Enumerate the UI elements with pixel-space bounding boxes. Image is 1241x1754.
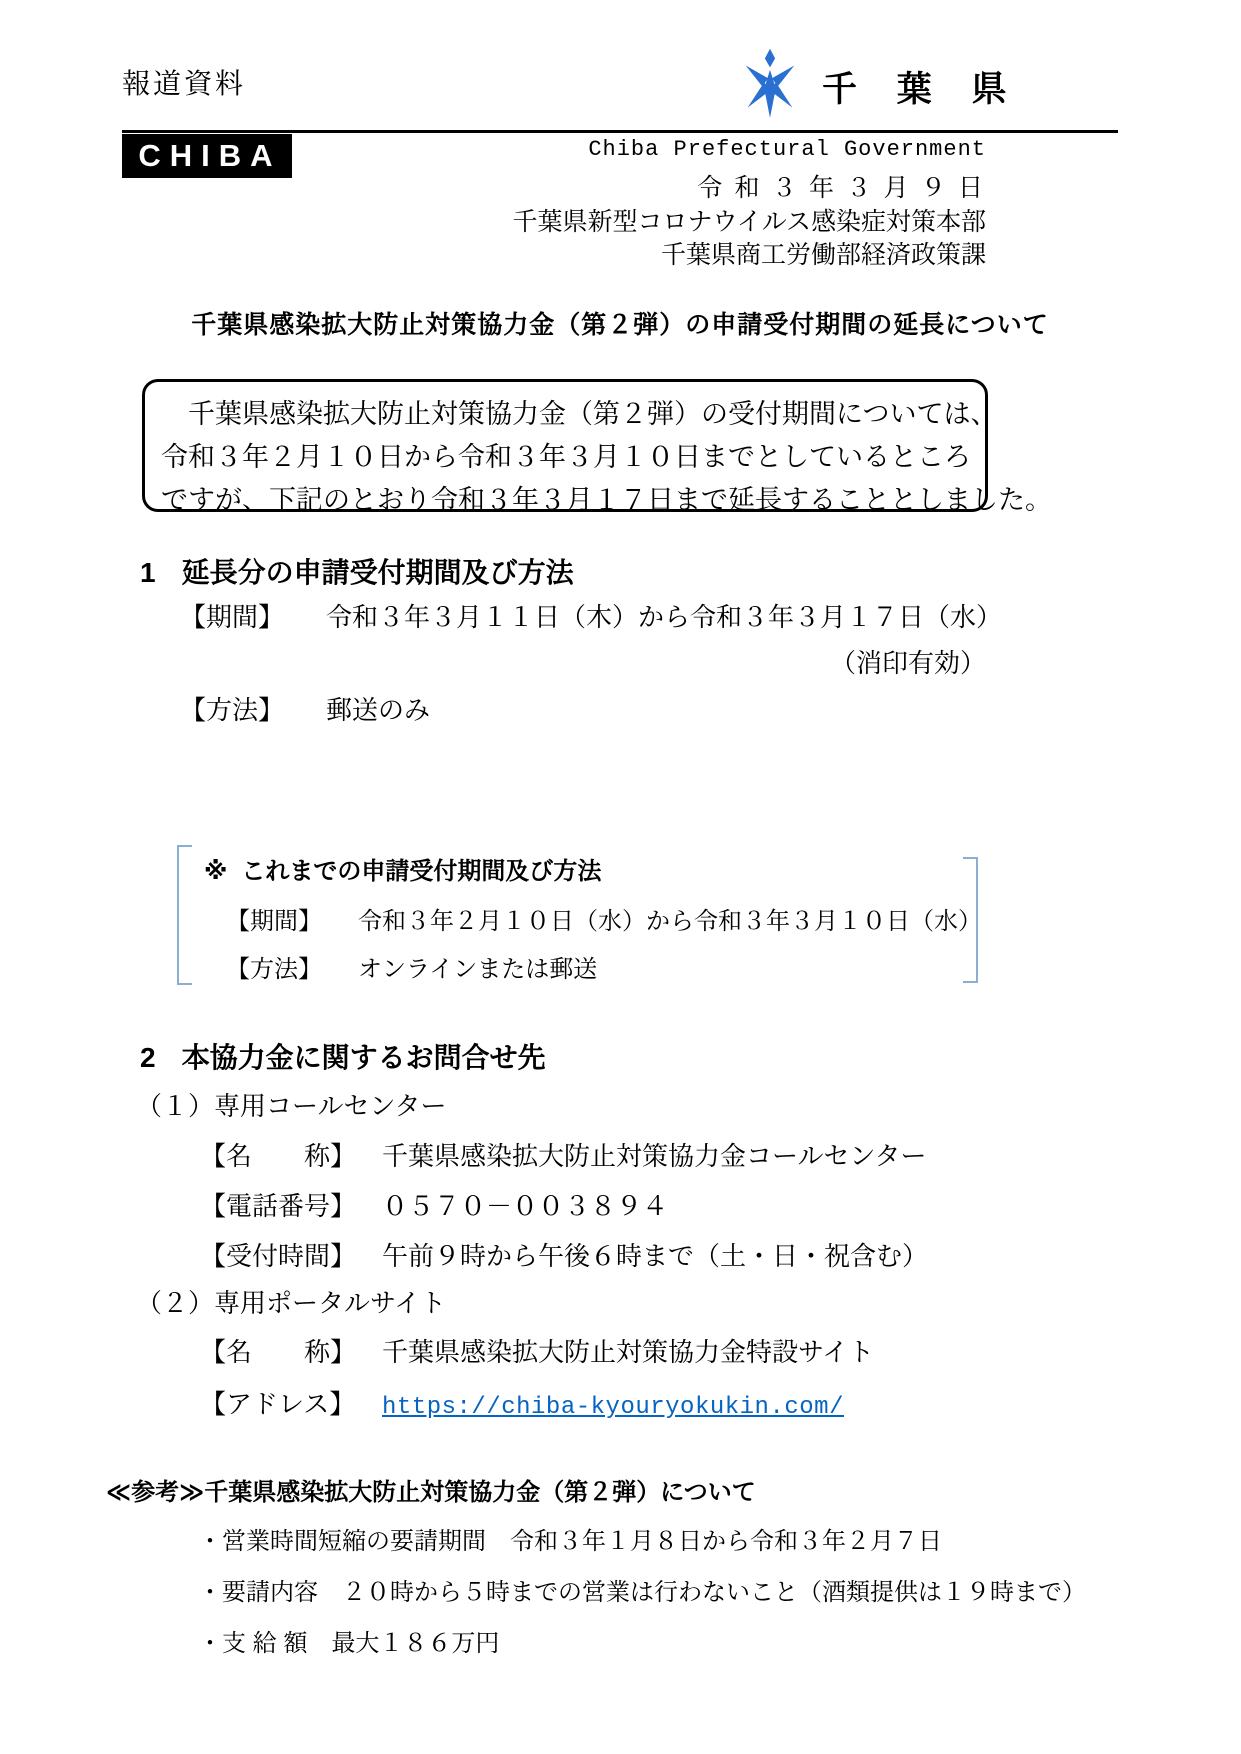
press-release-page: 報道資料 CHIBA 千 葉 県 Chiba Prefectural Gover… <box>0 0 1241 1754</box>
postmark-note: （消印有効） <box>830 643 986 680</box>
period-value: 令和３年３月１１日（木）から令和３年３月１７日（水） <box>326 603 1002 632</box>
section2-heading: 2本協力金に関するお問合せ先 <box>140 1036 546 1076</box>
field-value: 千葉県感染拡大防止対策協力金特設サイト <box>382 1338 874 1367</box>
period-value: 令和３年２月１０日（水）から令和３年３月１０日（水） <box>358 909 982 935</box>
field-value: 午前９時から午後６時まで（土・日・祝含む） <box>382 1242 928 1271</box>
press-material-label: 報道資料 <box>122 62 246 102</box>
previous-note-heading: ※これまでの申請受付期間及び方法 <box>204 851 601 886</box>
field-label: 【名 称】 <box>200 1332 358 1369</box>
summary-line: ですが、下記のとおり令和３年３月１７日まで延長することとしました。 <box>161 479 969 522</box>
phone-number: ０５７０－００３８９４ <box>382 1192 668 1221</box>
summary-line: 令和３年２月１０日から令和３年３月１０日までとしているところ <box>161 436 969 479</box>
chiba-logo: CHIBA <box>122 134 292 178</box>
header-divider-rule <box>122 130 1118 133</box>
section1-number: 1 <box>140 557 156 589</box>
issuing-org-line2: 千葉県商工労働部経済政策課 <box>661 235 986 271</box>
section1-heading: 1延長分の申請受付期間及び方法 <box>140 551 574 591</box>
field-label: 【名 称】 <box>200 1136 358 1173</box>
reference-heading: ≪参考≫千葉県感染拡大防止対策協力金（第２弾）について <box>106 1472 756 1507</box>
call-center-subheading: （１）専用コールセンター <box>136 1086 446 1123</box>
extended-method-row: 【方法】郵送のみ <box>180 690 430 727</box>
page-title: 千葉県感染拡大防止対策協力金（第２弾）の申請受付期間の延長について <box>122 305 1118 341</box>
period-label: 【期間】 <box>180 603 284 632</box>
portal-site-address-row: 【アドレス】https://chiba-kyouryokukin.com/ <box>200 1384 844 1421</box>
call-center-name-row: 【名 称】千葉県感染拡大防止対策協力金コールセンター <box>200 1136 926 1173</box>
period-label: 【期間】 <box>226 909 322 935</box>
extended-period-row: 【期間】令和３年３月１１日（木）から令和３年３月１７日（水） <box>180 597 1002 634</box>
issue-date: 令 和 ３ 年 ３ 月 ９ 日 <box>697 168 986 204</box>
chiba-prefecture-emblem-icon <box>738 48 802 120</box>
issuing-org-line1: 千葉県新型コロナウイルス感染症対策本部 <box>512 202 986 238</box>
portal-site-name-row: 【名 称】千葉県感染拡大防止対策協力金特設サイト <box>200 1332 874 1369</box>
section2-heading-text: 本協力金に関するお問合せ先 <box>182 1042 546 1073</box>
field-label: 【受付時間】 <box>200 1236 358 1273</box>
reference-bullet-request-content: ・要請内容 ２０時から５時までの営業は行わないこと（酒類提供は１９時まで） <box>198 1572 1086 1607</box>
section1-heading-text: 延長分の申請受付期間及び方法 <box>182 557 574 588</box>
note-left-bracket <box>177 845 192 985</box>
method-label: 【方法】 <box>226 957 322 983</box>
call-center-phone-row: 【電話番号】０５７０－００３８９４ <box>200 1186 668 1223</box>
previous-period-row: 【期間】令和３年２月１０日（水）から令和３年３月１０日（水） <box>226 901 982 936</box>
field-label: 【アドレス】 <box>200 1384 358 1421</box>
call-center-hours-row: 【受付時間】午前９時から午後６時まで（土・日・祝含む） <box>200 1236 928 1273</box>
portal-site-subheading: （２）専用ポータルサイト <box>136 1283 446 1320</box>
previous-note-heading-text: これまでの申請受付期間及び方法 <box>241 858 601 885</box>
portal-site-link[interactable]: https://chiba-kyouryokukin.com/ <box>382 1394 844 1421</box>
previous-method-row: 【方法】オンラインまたは郵送 <box>226 949 597 984</box>
summary-box: 千葉県感染拡大防止対策協力金（第２弾）の受付期間については、 令和３年２月１０日… <box>142 379 988 512</box>
reference-bullet-payment-amount: ・支 給 額 最大１８６万円 <box>198 1623 499 1658</box>
method-label: 【方法】 <box>180 696 284 725</box>
method-value: 郵送のみ <box>326 696 430 725</box>
field-value: 千葉県感染拡大防止対策協力金コールセンター <box>382 1142 926 1171</box>
government-english-caption: Chiba Prefectural Government <box>588 137 986 162</box>
section2-number: 2 <box>140 1042 156 1074</box>
prefecture-name: 千 葉 県 <box>822 62 1021 112</box>
reference-bullet-request-period: ・営業時間短縮の要請期間 令和３年１月８日から令和３年２月７日 <box>198 1521 942 1556</box>
field-label: 【電話番号】 <box>200 1186 358 1223</box>
summary-line: 千葉県感染拡大防止対策協力金（第２弾）の受付期間については、 <box>161 393 969 436</box>
note-marker: ※ <box>204 858 227 885</box>
method-value: オンラインまたは郵送 <box>358 957 597 983</box>
